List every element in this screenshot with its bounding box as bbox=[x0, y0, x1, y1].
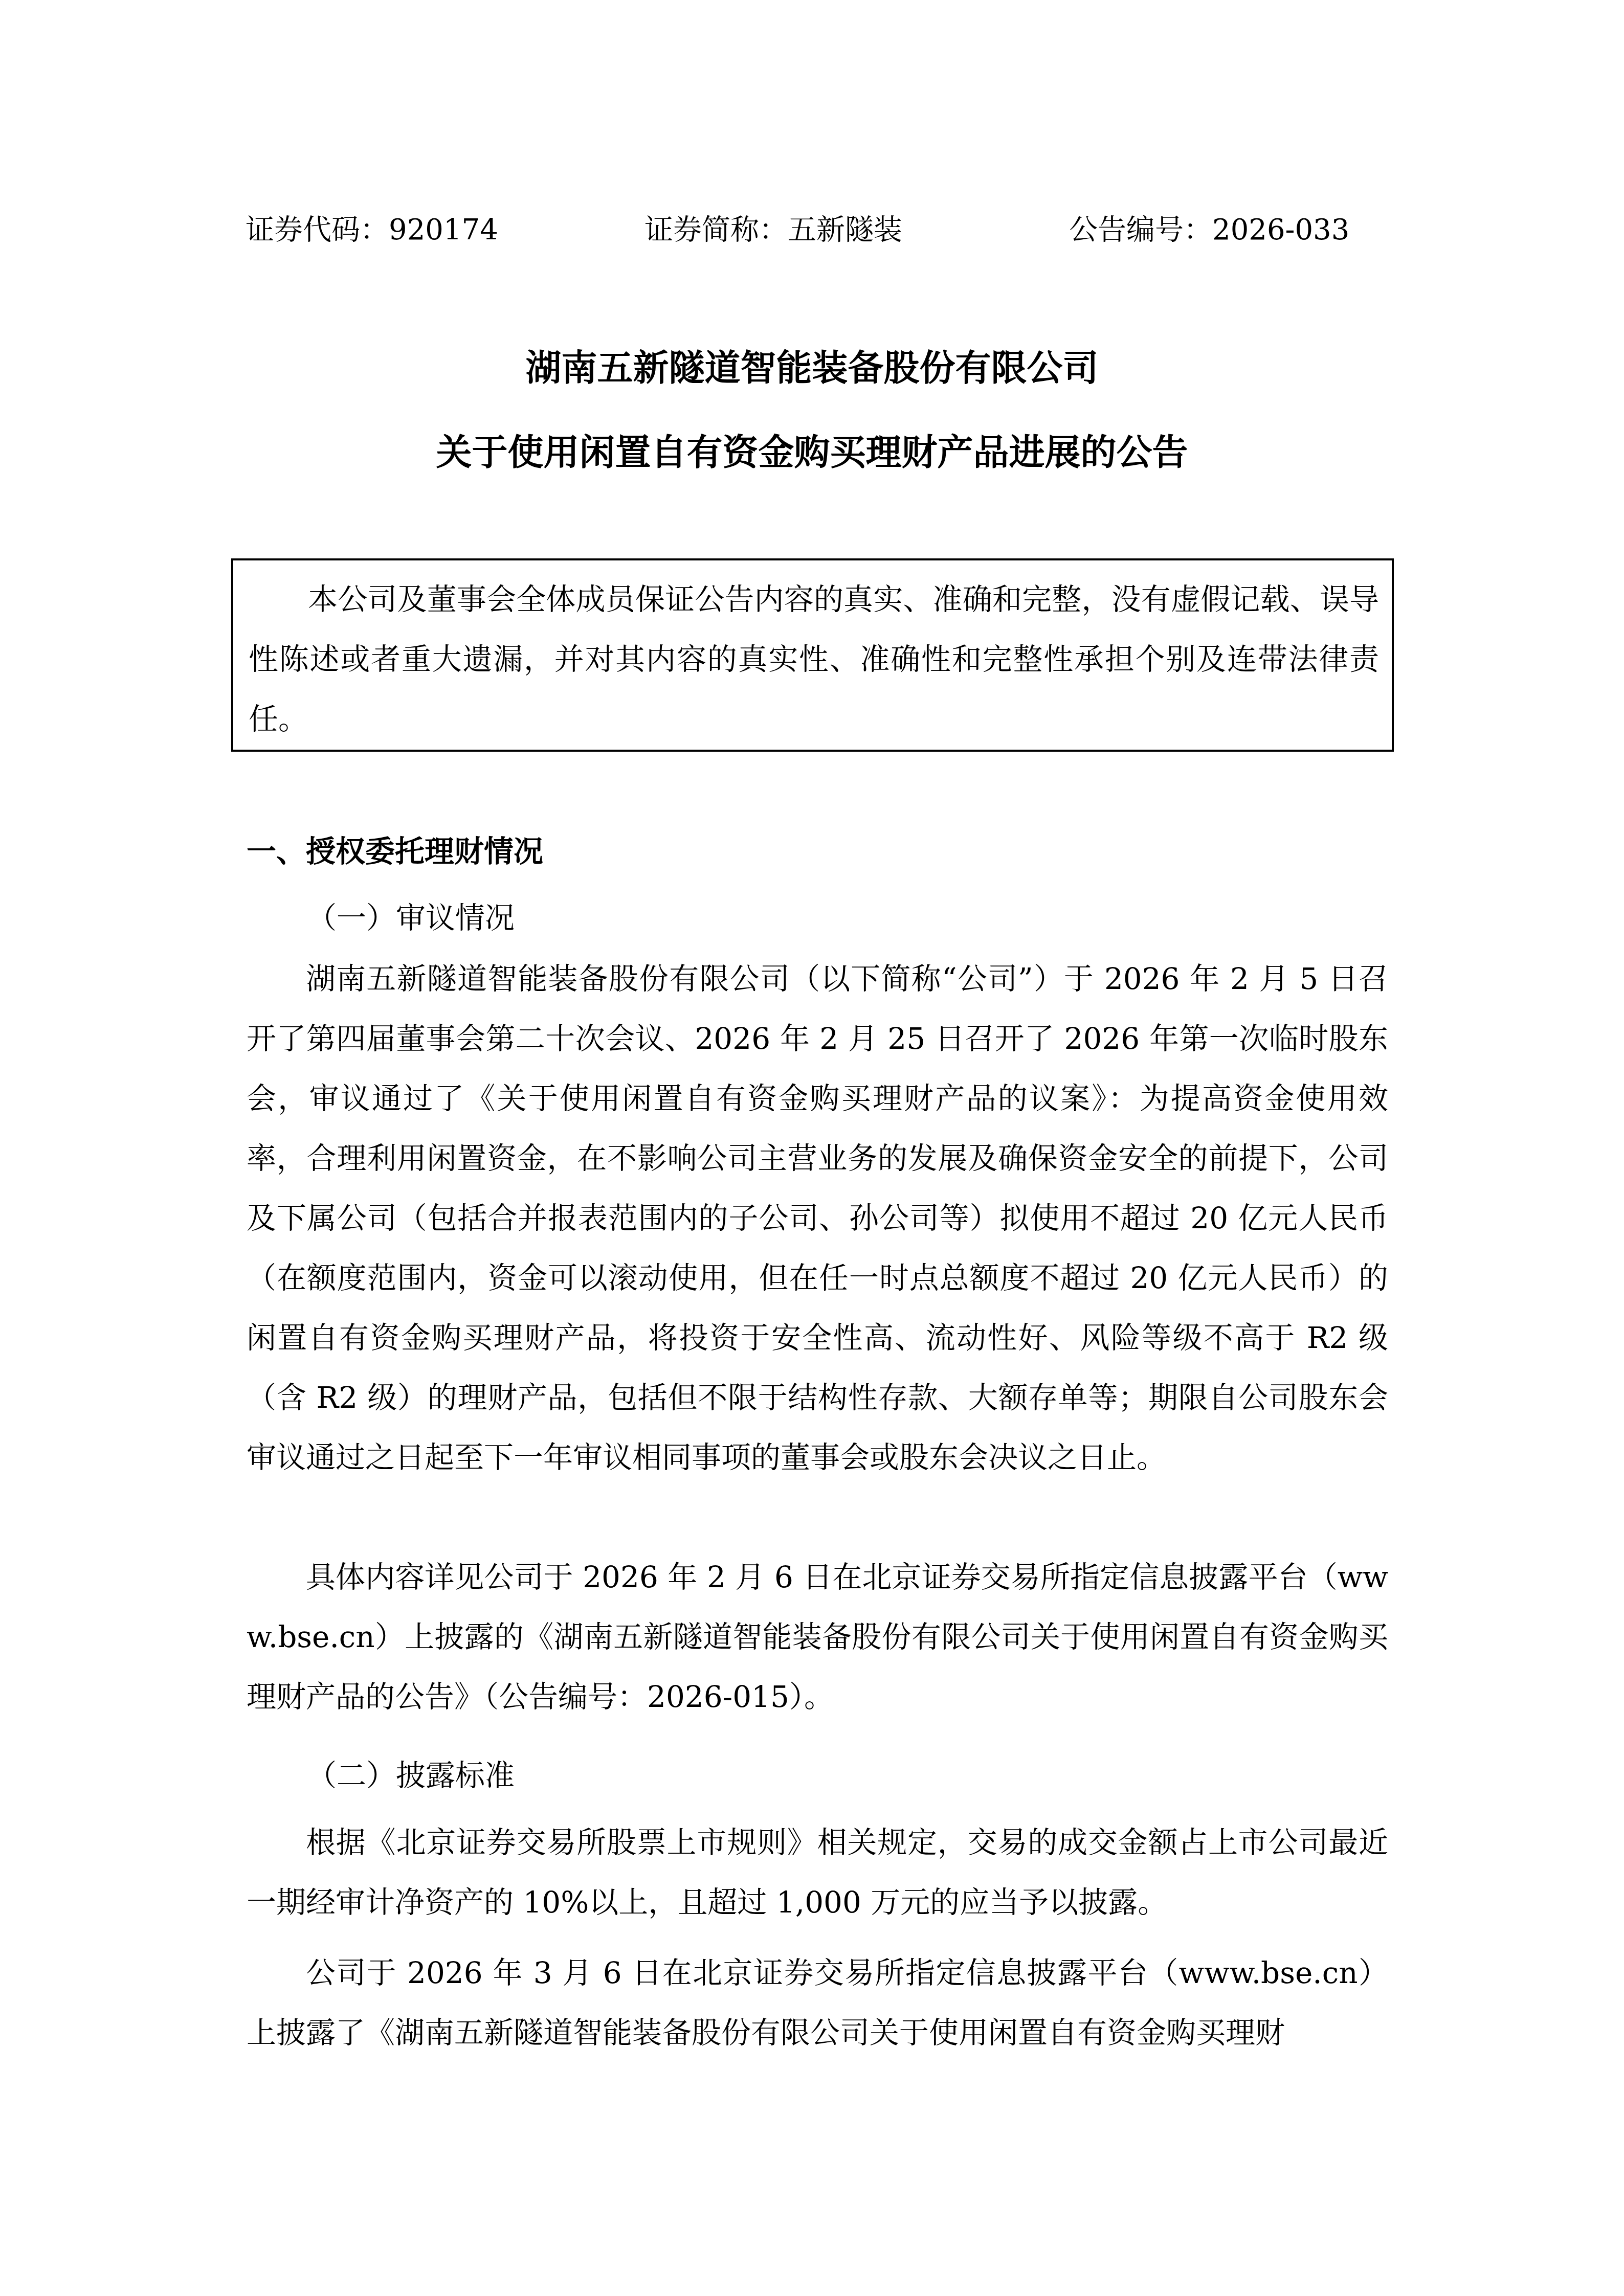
responsibility-statement: 本公司及董事会全体成员保证公告内容的真实、准确和完整，没有虚假记载、误导性陈述或… bbox=[249, 570, 1379, 749]
document-header: 证券代码：920174 证券简称：五新隧装 公告编号：2026-033 bbox=[246, 210, 1391, 251]
responsibility-statement-box: 本公司及董事会全体成员保证公告内容的真实、准确和完整，没有虚假记载、误导性陈述或… bbox=[231, 558, 1394, 752]
paragraph-reference-announcement: 具体内容详见公司于 2026 年 2 月 6 日在北京证券交易所指定信息披露平台… bbox=[247, 1547, 1388, 1727]
subsection-heading-review: （一）审议情况 bbox=[307, 895, 515, 941]
announcement-number: 公告编号：2026-033 bbox=[1069, 210, 1349, 251]
paragraph-prior-disclosure: 公司于 2026 年 3 月 6 日在北京证券交易所指定信息披露平台（www.b… bbox=[247, 1943, 1388, 2063]
document-page: 证券代码：920174 证券简称：五新隧装 公告编号：2026-033 湖南五新… bbox=[0, 0, 1624, 2296]
company-title: 湖南五新隧道智能装备股份有限公司 bbox=[0, 343, 1624, 394]
announcement-title: 关于使用闲置自有资金购买理财产品进展的公告 bbox=[0, 427, 1624, 478]
paragraph-review-details: 湖南五新隧道智能装备股份有限公司（以下简称“公司”）于 2026 年 2 月 5… bbox=[247, 949, 1388, 1488]
section-heading-1: 一、授权委托理财情况 bbox=[247, 828, 543, 874]
subsection-heading-disclosure-standard: （二）披露标准 bbox=[307, 1752, 515, 1798]
paragraph-disclosure-rule: 根据《北京证券交易所股票上市规则》相关规定，交易的成交金额占上市公司最近一期经审… bbox=[247, 1813, 1388, 1932]
security-abbreviation: 证券简称：五新隧装 bbox=[644, 210, 902, 251]
security-code: 证券代码：920174 bbox=[246, 210, 498, 251]
